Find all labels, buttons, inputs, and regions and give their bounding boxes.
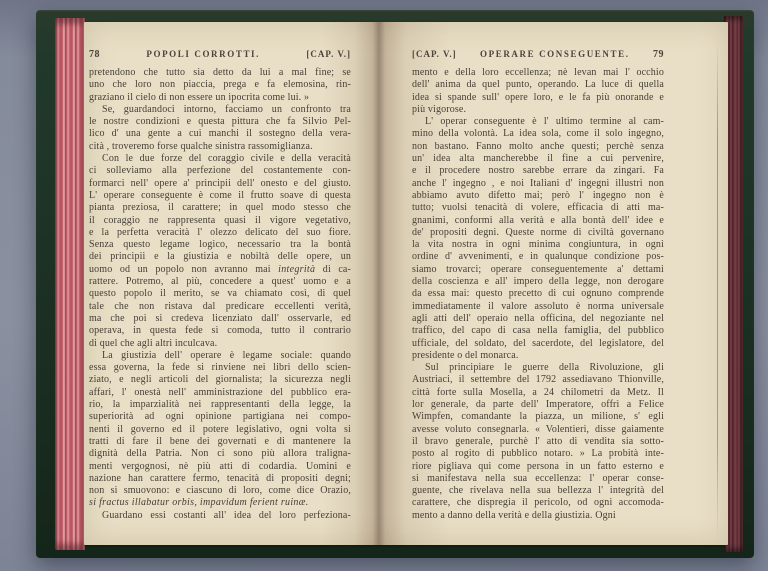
text-line: mento a danno della verità e della giust… [412,510,664,522]
text-line: affari, l' onestà nell' amministrazione … [89,387,351,399]
text-line: uomo od un popolo non avranno mai integr… [89,264,351,276]
text-line: carattere, che dispregia il pericolo, od… [412,497,664,509]
text-line: non si smuovono: e ciascuno di loro, com… [89,485,351,497]
text-line: nenti il governo ed il potere legislativ… [89,424,351,436]
text-line: Senza questo legame logico, necessario t… [89,239,351,251]
page-edges-red-fore-edge [55,18,85,550]
text-line: tratti di fare il bene dei governati e d… [89,436,351,448]
text-line: rattere. Potremo, al più, concedere a qu… [89,276,351,288]
text-line: tutto; vuolsi tenacità di volere, effica… [412,202,664,214]
text-line: avesse voluto consegnarla. « Volentieri,… [412,424,664,436]
text-line: L' operar conseguente è l' ultimo termin… [412,116,664,128]
page-right-79: [CAP. V.] OPERARE CONSEGUENTE. 79 mento … [379,22,728,545]
text-line: menti vergognosi, nè più atti di codardi… [89,461,351,473]
text-line: pianta preziosa, il carattere; in quel m… [89,202,351,214]
text-line: riore pigliava qui come persona in un fa… [412,461,664,473]
page-number: 78 [89,49,100,60]
page-header: 78 POPOLI CORROTTI. [CAP. V.] [89,49,351,62]
text-line: si fractus illabatur orbis, impavidum fe… [89,497,351,509]
text-line: La giustizia dell' operare è legame soci… [89,350,351,362]
text-line: Guardano essi costanti all' idea del lor… [89,510,351,522]
text-line: il bravo generale, purchè l' atto di ven… [412,436,664,448]
text-line: guente, che rivelava nella sua bellezza … [412,485,664,497]
text-line: presidente o del monarca. [412,350,664,362]
text-line: Se, guardandoci intorno, facciamo un con… [89,104,351,116]
text-line: si manifestava nella sua eccellenza: l' … [412,473,664,485]
text-line: di quel che agli altri inculcava. [89,338,351,350]
text-line: più vigorose. [412,104,664,116]
chapter-label: [CAP. V.] [306,49,351,59]
text-line: pretendono che tutto sia detto da lui a … [89,67,351,79]
text-line: tale che non ristava dal predicare eccel… [89,301,351,313]
page-left-78: 78 POPOLI CORROTTI. [CAP. V.] pretendono… [84,22,379,545]
text-line: gnanimi, conformi alla verità e alla bon… [412,215,664,227]
text-line: della coscienza e all' impero della legg… [412,276,664,288]
running-title: POPOLI CORROTTI. [100,49,306,59]
page-number: 79 [653,49,664,60]
text-line: de' propositi degni. Queste norme di civ… [412,227,664,239]
text-line: formarci nell' opere a' principii dell' … [89,178,351,190]
page-text: mento e della loro eccellenza; nè levan … [412,67,664,522]
text-line: città forte sulla Mosella, a 24 chilomet… [412,387,664,399]
text-line: Wimpfen, comandante la piazza, un milion… [412,411,664,423]
open-page-spread: 78 POPOLI CORROTTI. [CAP. V.] pretendono… [84,22,728,545]
text-line: mento e della loro eccellenza; nè levan … [412,67,664,79]
text-line: le nostre condizioni e questa pittura ch… [89,116,351,128]
text-line: questo popolo il merito, se va chiamato … [89,288,351,300]
underlying-page-edge-line [717,40,718,537]
text-line: da essa mai: questo precetto di cui ognu… [412,288,664,300]
text-line: siamo trovarci; operare conseguentemente… [412,264,664,276]
text-line: dell' anima da quel punto, operando. La … [412,79,664,91]
text-line: dei principii e la giustizia e nobiltà d… [89,251,351,263]
text-line: L' operare conseguente è come il frutto … [89,190,351,202]
text-line: idea si spande sull' opere loro, e le fa… [412,92,664,104]
text-line: Austriaci, il settembre del 1792 assedia… [412,374,664,386]
text-line: posto al rogito di pubblico notaro. » La… [412,448,664,460]
text-line: superiorità ad ogni opinione partigiana … [89,411,351,423]
text-line: ci solleviamo alla perfezione del costan… [89,165,351,177]
text-line: il coraggio ne rappresenta quasi il vigo… [89,215,351,227]
page-header: [CAP. V.] OPERARE CONSEGUENTE. 79 [412,49,664,62]
text-line: uno che loro non piaccia, prega e fa ele… [89,79,351,91]
book-cover: 78 POPOLI CORROTTI. [CAP. V.] pretendono… [36,10,754,558]
text-line: traffico, del capo di casa nella famigli… [412,325,664,337]
text-line: non bastano. Fanno molto anche questi; p… [412,141,664,153]
text-line: la vita nostra in ogni minima congiuntur… [412,239,664,251]
text-line: cità , troveremo forse qualche sinistra … [89,141,351,153]
text-line: ziato, e negli articoli del giornalista;… [89,374,351,386]
running-title: OPERARE CONSEGUENTE. [457,49,653,59]
text-line: essa governa, la fede si rinviene nei li… [89,362,351,374]
text-line: lico d' una gente a cui manchi il sosteg… [89,128,351,140]
text-line: operava, in questa fede sì comoda, tutto… [89,325,351,337]
text-line: dignità della Patria. Non ci sono più al… [89,448,351,460]
text-line: lor generale, da parte dell' Imperatore,… [412,399,664,411]
text-line: immediatamente il valore assoluto è norm… [412,301,664,313]
text-line: rio, la imparzialità nei rappresentanti … [89,399,351,411]
chapter-label: [CAP. V.] [412,49,457,59]
text-line: un' idea alta mancherebbe il fine a cui … [412,153,664,165]
text-line: ufficiale, del soldato, del sacerdote, d… [412,338,664,350]
text-line: ma che poi si credeva licenziato dall' o… [89,313,351,325]
text-line: e il procedere nostro sarebbe errare da … [412,165,664,177]
text-line: mino della volontà. La idea sola, come i… [412,128,664,140]
text-line: agli atti dell' operaio nella officina, … [412,313,664,325]
text-line: e la perfetta veracità l' olezzo delicat… [89,227,351,239]
text-line: ordine d' avvenimenti, e in qualunque co… [412,251,664,263]
text-line: Sul principiare le guerre della Rivoluzi… [412,362,664,374]
text-line: nazione han carattere fermo, tenacità di… [89,473,351,485]
text-line: graziano il cielo di non essere un ipocr… [89,92,351,104]
text-line: anche l' ingegno , e noi Italiani d' ing… [412,178,664,190]
text-line: abbiamo avuto difetto mai; però l' ingeg… [412,190,664,202]
page-text: pretendono che tutto sia detto da lui a … [89,67,351,522]
text-line: Con le due forze del coraggio civile e d… [89,153,351,165]
